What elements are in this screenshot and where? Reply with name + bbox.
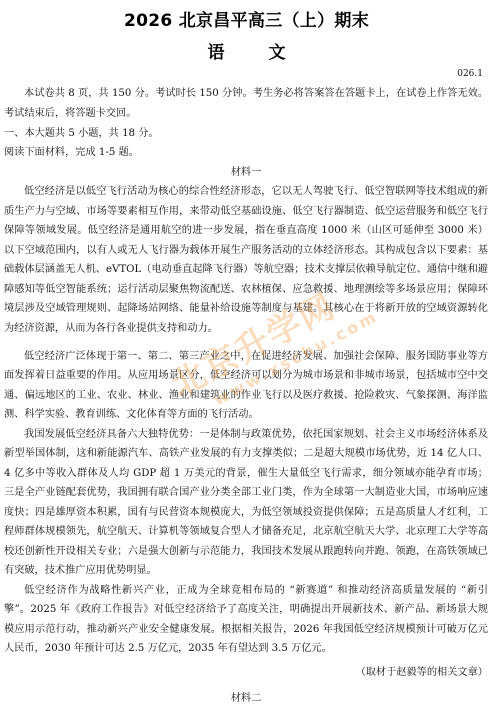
subject-char-2: 文 <box>269 38 286 63</box>
paragraph-line: 度快；四是雄厚资本积累，国有与民营资本规模庞大，为低空领域投资提供保障；五是高质… <box>4 506 488 519</box>
paragraph-line: 有突破，技术推广应用优势明显。 <box>4 564 488 577</box>
paragraph-line: 我国发展低空经济具备六大独特优势：一是体制与政策优势，依托国家规划、社会主义市场… <box>4 428 488 441</box>
paragraph-line: 低空经济作为战略性新兴产业，正成为全球竞相布局的 “新赛道” 和推动经济高质量发… <box>4 584 488 597</box>
paragraph-line: 保障等领域发展。低空经济是通用航空的进一步发展，指在垂直高度 1000 米（山区… <box>4 224 488 237</box>
exam-code: 026.1 <box>457 69 483 79</box>
paragraph-line: 质生产力与空域、市场等要素相互作用，来带动低空基础设施、低空飞行器制造、低空运营… <box>4 205 488 218</box>
material-two-heading: 材料二 <box>4 692 488 705</box>
paragraph-line: 三是全产业链配套优势，我国拥有联合国产业分类全部工业门类，作为全球第一大制造业大… <box>4 486 488 499</box>
subject-char-1: 语 <box>208 38 225 63</box>
paragraph-line: 障感知等低空智能系统；运行活动层聚焦物流配送、农林植保、应急救援、地理测绘等多场… <box>4 283 488 296</box>
material-one-heading: 材料一 <box>4 166 488 179</box>
exam-title: 2026 北京昌平高三（上）期末 <box>0 6 493 31</box>
paragraph-line: 低空经济是以低空飞行活动为核心的综合性经济形态，它以无人驾驶飞行、低空智联网等技… <box>4 185 488 198</box>
paragraph-line: 低空经济广泛体现于第一、第二、第三产业之中，在促进经济发展、加强社会保障、服务国… <box>4 350 488 363</box>
reading-prompt: 阅读下面材料，完成 1-5 题。 <box>4 146 488 159</box>
paragraph-line: 以下空域范围内，以有人或无人飞行器为载体开展生产服务活动的立体经济形态。其构成包… <box>4 244 488 257</box>
paragraph-line: 新型举国体制，这和新能源汽车、高铁产业发展的有力支撑类似；二是超大规模市场优势，… <box>4 447 488 460</box>
instruction-line-2: 考试结束后，将答题卡交回。 <box>4 107 488 120</box>
paragraph-line: 础载体层涵盖无人机、eVTOL（电动垂直起降飞行器）等航空器；技术支撑层依赖导航… <box>4 263 488 276</box>
paragraph-line: 擎”。2025 年《政府工作报告》对低空经济给予了高度关注，明确提出开展新技术、… <box>4 603 488 616</box>
paragraph-line: 境层涉及空域管理规则、起降场站网络、能量补给设施等制度与基建。其核心在于将新开放… <box>4 302 488 315</box>
subject-title: 语文 <box>0 38 493 63</box>
paragraph-line: 4 亿多中等收入群体及人均 GDP 超 1 万美元的背景，催生大量低空飞行需求，… <box>4 467 488 480</box>
source-citation: （取材于赵毅等的相关文章） <box>4 666 488 679</box>
paragraph-line: 面发挥着日益重要的作用。从应用场景区分，低空经济可以划分为城市场景和非城市场景，… <box>4 369 488 382</box>
paragraph-line: 程师群体规模领先，航空航天、计算机等领域复合型人才储备充足，北京航空航天大学、北… <box>4 525 488 538</box>
paragraph-line: 模应用示范行动，推动新兴产业安全健康发展。根据相关报告，2026 年我国低空经济… <box>4 623 488 636</box>
paragraph-line: 人民币，2030 年预计可达 2.5 万亿元，2035 年有望达到 3.5 万亿… <box>4 642 488 655</box>
section-heading: 一、本大题共 5 小题，共 18 分。 <box>4 127 488 140</box>
paragraph-line: 通、偏远地区的工业、农业、林业、渔业和建筑业的作业飞行以及医疗救援、抢险救灾、气… <box>4 389 488 402</box>
paragraph-line: 为经济资源，从而为各行各业提供支持和动力。 <box>4 322 488 335</box>
instruction-line-1: 本试卷共 8 页，共 150 分。考试时长 150 分钟。考生务必将答案答在答题… <box>4 87 488 100</box>
paragraph-line: 测、科学实验、教育训练、文化体育等方面的飞行活动。 <box>4 408 488 421</box>
paragraph-line: 校还创新性开设相关专业；六是强大创新与示范能力，我国技术发展从跟跑转向并跑、领跑… <box>4 545 488 558</box>
exam-page: 2026 北京昌平高三（上）期末 语文 026.1 本试卷共 8 页，共 150… <box>0 0 493 710</box>
